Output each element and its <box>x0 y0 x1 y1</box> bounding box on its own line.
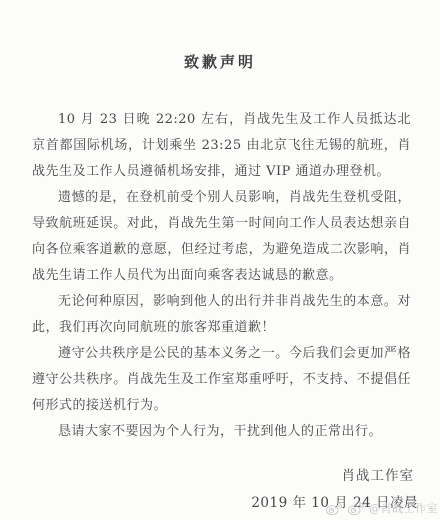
weibo-watermark: @肖战工作室 <box>325 500 438 516</box>
signature-studio-name: 肖战工作室 <box>0 469 440 484</box>
paragraph-incident: 遗憾的是，在登机前受个别人员影响，肖战先生登机受阻，导致航班延误。对此，肖战先生… <box>32 185 411 289</box>
document-body: 10 月 23 日晚 22:20 左右，肖战先生及工作人员抵达北京首都国际机场，… <box>0 107 440 445</box>
apology-statement-page: 致歉声明 10 月 23 日晚 22:20 左右，肖战先生及工作人员抵达北京首都… <box>0 0 440 520</box>
paragraph-apology: 无论何种原因，影响到他人的出行并非肖战先生的本意。对此，我们再次向同航班的旅客郑… <box>32 289 411 341</box>
document-title: 致歉声明 <box>0 0 440 70</box>
paragraph-public-order: 遵守公共秩序是公民的基本义务之一。今后我们会更加严格遵守公共秩序。肖战先生及工作… <box>32 341 411 419</box>
watermark-account-text: @肖战工作室 <box>369 500 438 516</box>
paragraph-plea: 恳请大家不要因为个人行为，干扰到他人的正常出行。 <box>32 419 411 445</box>
weibo-logo-icon <box>347 501 364 516</box>
paragraph-arrival: 10 月 23 日晚 22:20 左右，肖战先生及工作人员抵达北京首都国际机场，… <box>32 107 411 185</box>
weibo-logo-icon <box>325 501 342 516</box>
